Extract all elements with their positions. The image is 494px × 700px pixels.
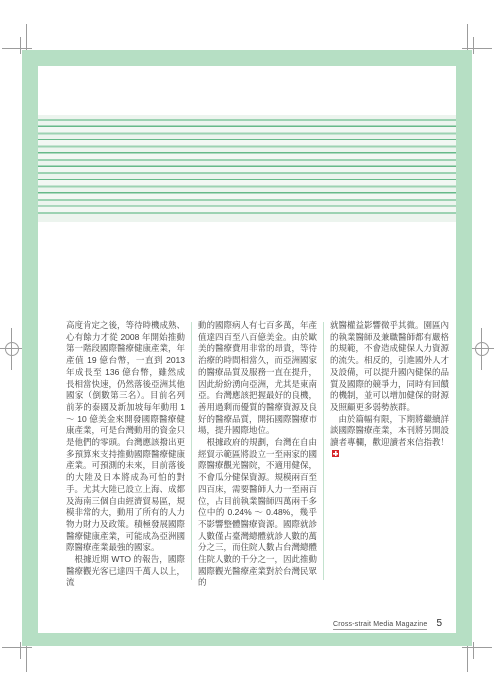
magazine-page-sheet: 高度肯定之後，等待時機成熟、心有餘力才從 2008 年開始推動第一階段國際醫療健…: [0, 0, 494, 700]
registration-circle-icon: [475, 342, 489, 356]
paragraph: 高度肯定之後，等待時機成熟、心有餘力才從 2008 年開始推動第一階段國際醫療健…: [66, 320, 185, 554]
crop-mark: [473, 642, 474, 659]
article-text-block: 高度肯定之後，等待時機成熟、心有餘力才從 2008 年開始推動第一階段國際醫療健…: [66, 320, 449, 589]
paragraph-text: 由於篇幅有限，下期將繼續詳談國際醫療產業，本刊將另開設讀者專欄，歡迎讀者來信指教…: [330, 414, 449, 447]
crop-mark: [2, 48, 32, 49]
text-column-3: 就醫權益影響微乎其微。園區內的執業醫師及兼職醫師都有嚴格的規範，不會造成健保人力…: [330, 320, 449, 589]
crop-mark: [20, 37, 21, 54]
crop-mark: [462, 647, 492, 648]
paragraph: 根據政府的規劃，台灣在自由經貿示範區將設立一至兩家的國際醫療觀光醫院，不適用健保…: [198, 437, 317, 589]
end-of-article-icon: [332, 450, 339, 457]
column-divider: [323, 322, 324, 580]
page-content-area: 高度肯定之後，等待時機成熟、心有餘力才從 2008 年開始推動第一階段國際醫療健…: [38, 66, 456, 633]
stripe-pattern: [38, 119, 456, 216]
text-column-1: 高度肯定之後，等待時機成熟、心有餘力才從 2008 年開始推動第一階段國際醫療健…: [66, 320, 185, 589]
decorative-stripe-band: [38, 115, 456, 222]
text-column-2: 動的國際病人有七百多萬，年產值達四百至八百億美金。由於歐美的醫療費用非常的昂貴，…: [198, 320, 317, 589]
registration-line: [470, 348, 494, 349]
registration-line: [0, 348, 24, 349]
registration-circle-icon: [5, 342, 19, 356]
crop-mark: [473, 37, 474, 54]
registration-line: [11, 328, 12, 370]
crop-mark: [462, 48, 492, 49]
crop-mark: [20, 642, 21, 659]
page-green-frame: 高度肯定之後，等待時機成熟、心有餘力才從 2008 年開始推動第一階段國際醫療健…: [22, 50, 472, 646]
magazine-name: Cross-strait Media Magazine: [333, 621, 428, 630]
paragraph: 根據近期 WTO 的報告，國際醫療觀光客已達四千萬人以上，流: [66, 554, 185, 589]
page-footer: Cross-strait Media Magazine 5: [333, 618, 442, 630]
page-number: 5: [436, 618, 442, 629]
paragraph: 由於篇幅有限，下期將繼續詳談國際醫療產業，本刊將另開設讀者專欄，歡迎讀者來信指教…: [330, 414, 449, 461]
paragraph: 動的國際病人有七百多萬，年產值達四百至八百億美金。由於歐美的醫療費用非常的昂貴，…: [198, 320, 317, 437]
crop-mark: [2, 647, 32, 648]
paragraph: 就醫權益影響微乎其微。園區內的執業醫師及兼職醫師都有嚴格的規範，不會造成健保人力…: [330, 320, 449, 414]
registration-line: [481, 328, 482, 370]
column-divider: [191, 322, 192, 580]
